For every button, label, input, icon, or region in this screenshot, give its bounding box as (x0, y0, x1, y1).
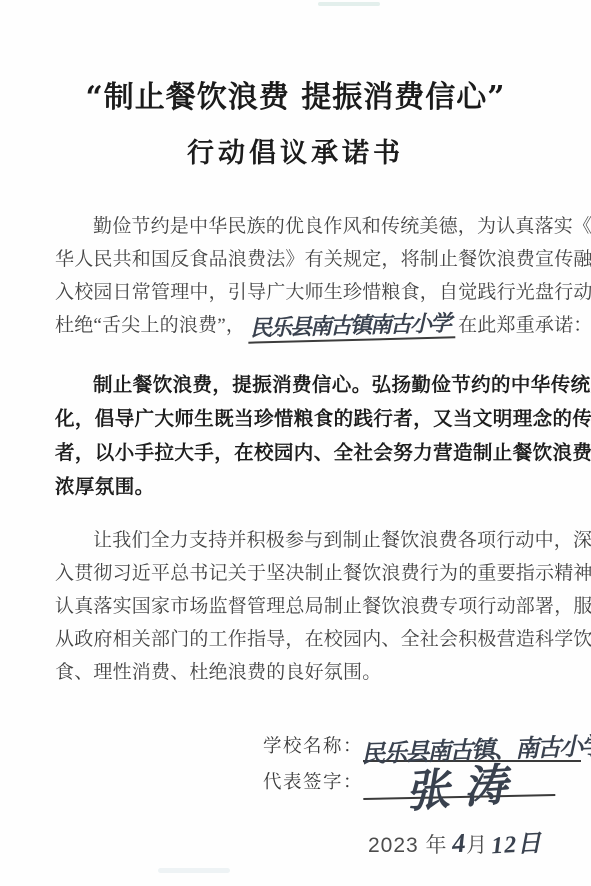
scan-smudge-bottom (158, 868, 230, 873)
date-year-printed: 2023 年 (368, 829, 448, 859)
handwritten-date-day: 12日 (490, 823, 543, 861)
paragraph-line: 浓厚氛围。 (55, 470, 555, 504)
paragraph-action: 让我们全力支持并积极参与到制止餐饮浪费各项行动中，深 入贯彻习近平总书记关于坚决… (55, 524, 555, 689)
signature-block: 学校名称： 民乐县南古镇、南古小学 代表签字： 张涛 (263, 726, 581, 798)
line-prefix: 杜绝“舌尖上的浪费”， (55, 315, 245, 336)
representative-signature-label: 代表签字： (263, 768, 363, 798)
paragraph-line: 让我们全力支持并积极参与到制止餐饮浪费各项行动中，深 (55, 524, 555, 557)
paragraph-line-with-fill-in: 杜绝“舌尖上的浪费”，民乐县南古镇南古小学在此郑重承诺： (55, 309, 555, 342)
scan-artifact-top (318, 2, 380, 6)
document-title-line1: “制止餐饮浪费 提振消费信心” (0, 72, 591, 116)
date-line: 2023 年 4 月 12日 (368, 824, 542, 859)
pledge-document-page: “制止餐饮浪费 提振消费信心” 行动倡议承诺书 勤俭节约是中华民族的优良作风和传… (0, 0, 591, 886)
signature-fill-line: 张涛 (363, 764, 556, 800)
paragraph-intro: 勤俭节约是中华民族的优良作风和传统美德，为认真落实《中 华人民共和国反食品浪费法… (55, 210, 555, 342)
paragraph-line: 化，倡导广大师生既当珍惜粮食的践行者，又当文明理念的传播 (55, 402, 555, 436)
paragraph-line: 入校园日常管理中，引导广大师生珍惜粮食，自觉践行光盘行动， (55, 276, 555, 309)
line-suffix: 在此郑重承诺： (458, 315, 591, 336)
paragraph-line: 华人民共和国反食品浪费法》有关规定，将制止餐饮浪费宣传融 (55, 243, 555, 276)
paragraph-line: 勤俭节约是中华民族的优良作风和传统美德，为认真落实《中 (55, 210, 555, 243)
document-title-line2: 行动倡议承诺书 (0, 131, 591, 170)
handwritten-signature: 张涛 (403, 748, 523, 820)
paragraph-line: 制止餐饮浪费，提振消费信心。弘扬勤俭节约的中华传统文 (55, 368, 555, 402)
handwritten-date-month: 4 (450, 828, 466, 860)
date-month-label: 月 (466, 829, 488, 859)
paragraph-line: 入贯彻习近平总书记关于坚决制止餐饮浪费行为的重要指示精神， (55, 557, 555, 590)
representative-signature-row: 代表签字： 张涛 (263, 762, 581, 798)
paragraph-line: 食、理性消费、杜绝浪费的良好氛围。 (55, 656, 555, 689)
paragraph-line: 者，以小手拉大手，在校园内、全社会努力营造制止餐饮浪费的 (55, 436, 555, 470)
paragraph-line: 从政府相关部门的工作指导，在校园内、全社会积极营造科学饮 (55, 623, 555, 656)
paragraph-line: 认真落实国家市场监督管理总局制止餐饮浪费专项行动部署，服 (55, 590, 555, 623)
school-name-label: 学校名称： (263, 732, 363, 762)
handwritten-school-name-inline: 民乐县南古镇南古小学 (248, 310, 456, 343)
paragraph-pledge-bold: 制止餐饮浪费，提振消费信心。弘扬勤俭节约的中华传统文 化，倡导广大师生既当珍惜粮… (55, 368, 555, 504)
